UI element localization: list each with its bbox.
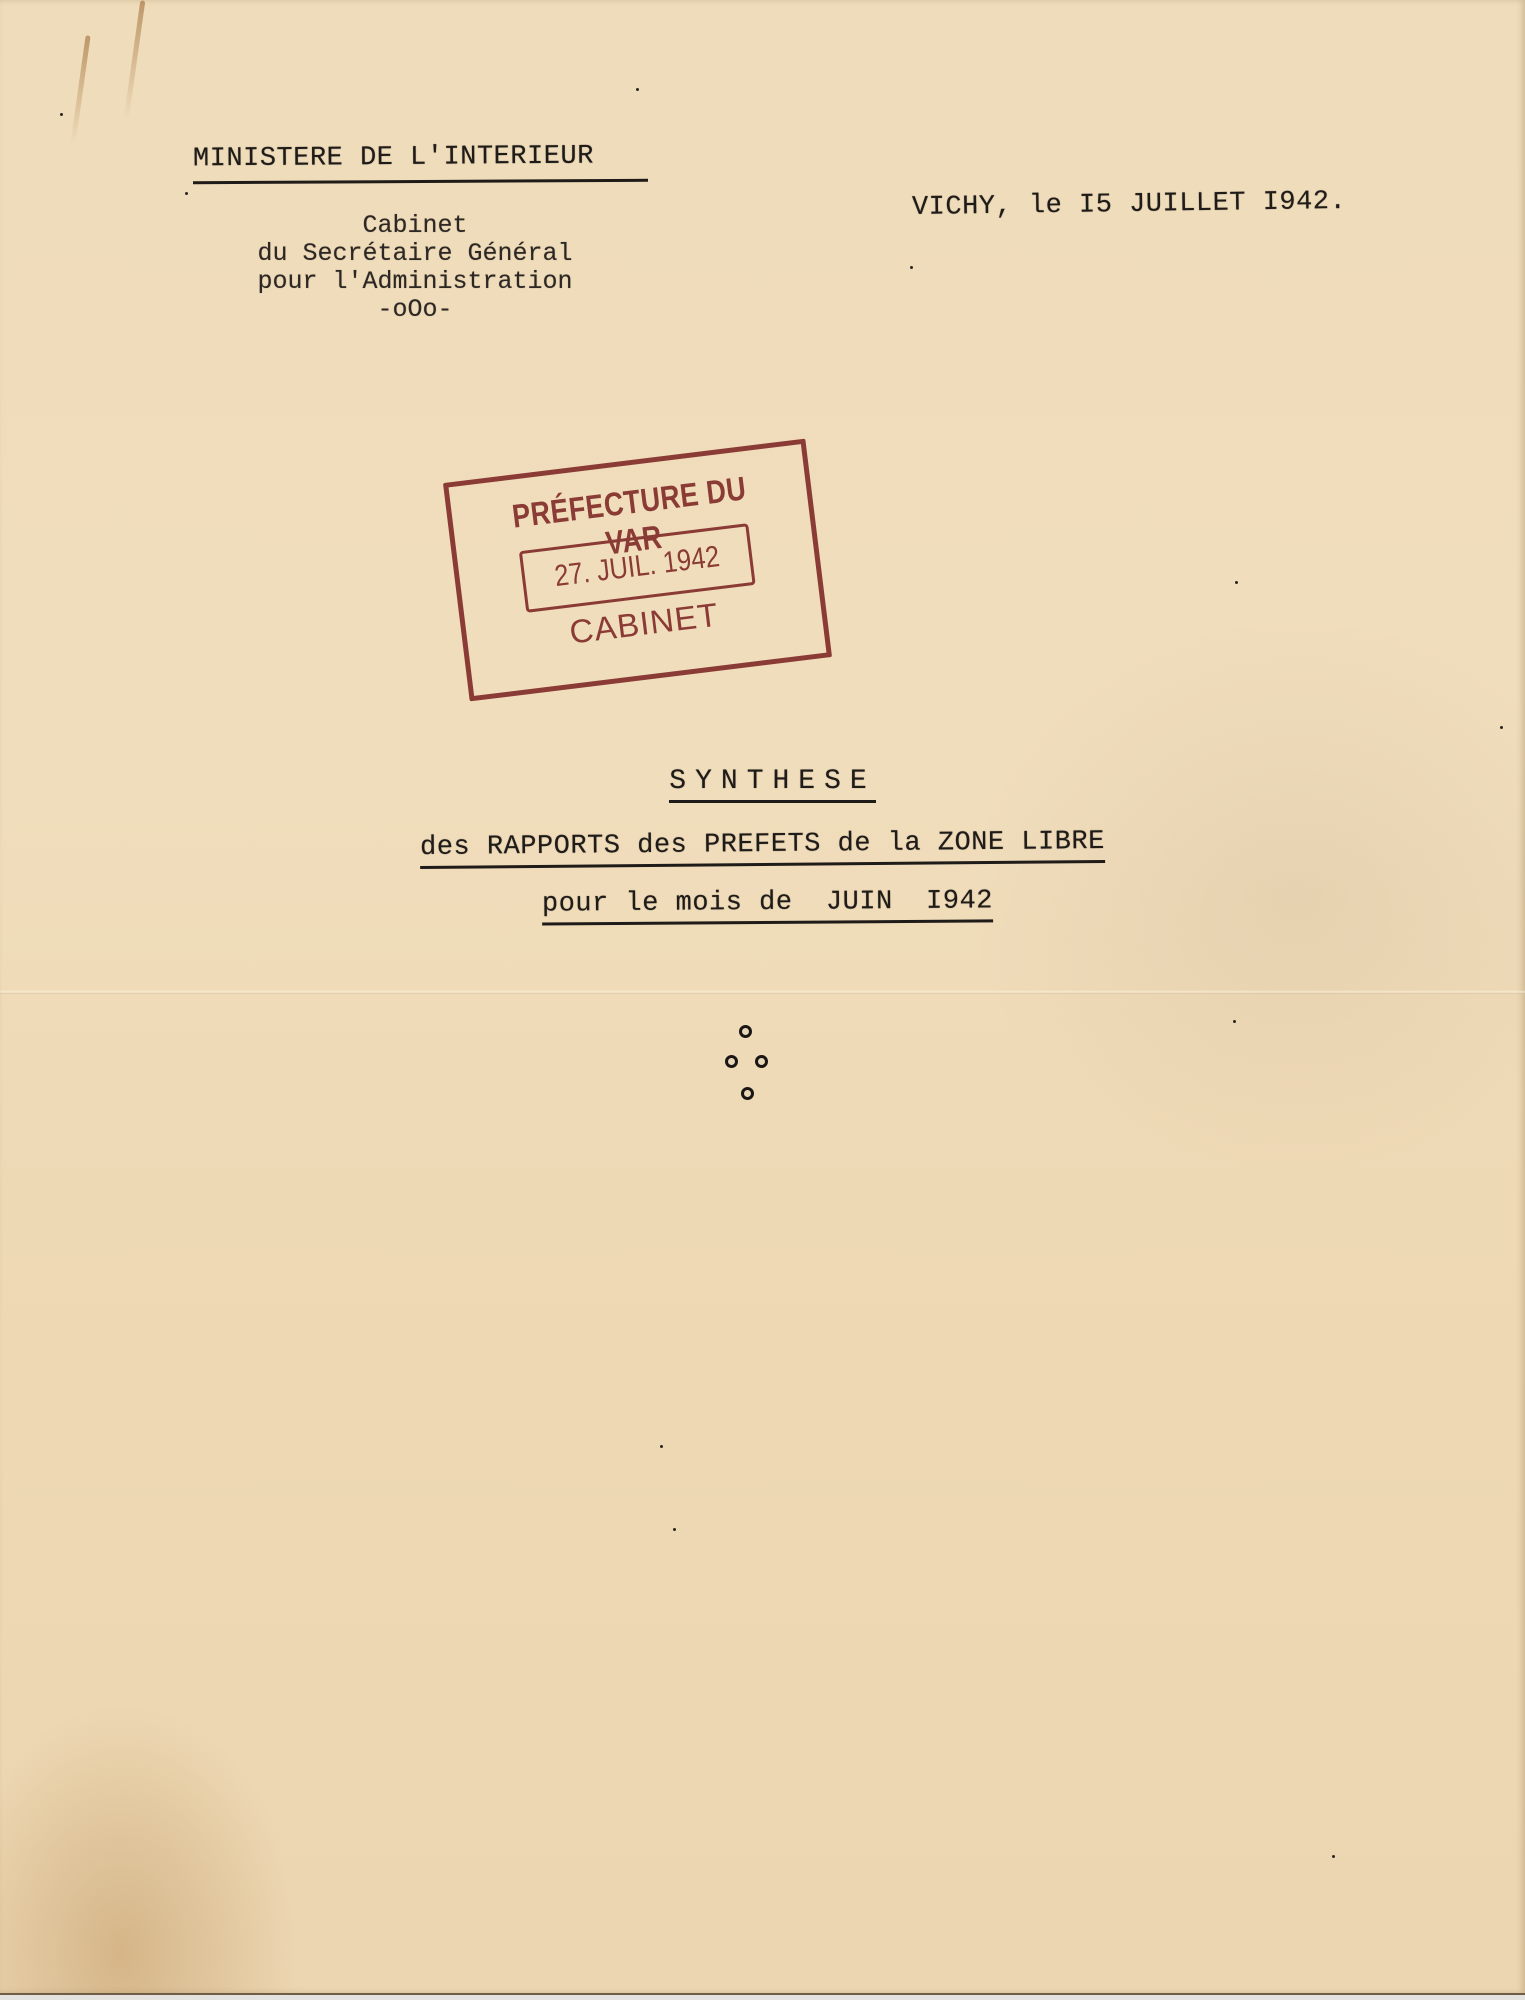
prefecture-stamp: PRÉFECTURE DU VAR 27. JUIL. 1942 CABINET <box>443 439 832 702</box>
paper-speck <box>1500 726 1503 729</box>
title-period: pour le mois de JUIN I942 <box>542 886 993 925</box>
stamp-date: 27. JUIL. 1942 <box>540 538 734 595</box>
circle-icon <box>739 1025 752 1038</box>
paper-speck <box>673 1528 676 1531</box>
title-main: SYNTHESE <box>669 766 875 803</box>
paper-fold-line <box>0 990 1525 994</box>
paper-speck <box>636 88 639 91</box>
paper-speck <box>660 1445 663 1448</box>
office-line: du Secrétaire Général <box>190 240 640 268</box>
paper-speck <box>185 192 188 195</box>
ink-stain <box>124 0 146 120</box>
paper-speck <box>60 113 63 116</box>
place-date: VICHY, le I5 JUILLET I942. <box>912 187 1347 223</box>
document-title: SYNTHESE <box>0 766 1525 803</box>
title-subtitle: des RAPPORTS des PREFETS de la ZONE LIBR… <box>420 827 1105 869</box>
office-line: pour l'Administration <box>190 268 640 296</box>
paper-speck <box>910 266 913 269</box>
paper-speck <box>1332 1855 1335 1858</box>
document-subtitle: des RAPPORTS des PREFETS de la ZONE LIBR… <box>0 823 1525 872</box>
document-period: pour le mois de JUIN I942 <box>0 883 1525 930</box>
paper-speck <box>1235 581 1238 584</box>
circle-icon <box>725 1055 738 1068</box>
circle-icon <box>755 1055 768 1068</box>
office-block: Cabinet du Secrétaire Général pour l'Adm… <box>190 212 640 324</box>
office-line: -oOo- <box>190 296 640 324</box>
ministry-heading: MINISTERE DE L'INTERIEUR <box>193 142 594 175</box>
dinkus-ornament-icon <box>725 1025 765 1105</box>
circle-icon <box>741 1087 754 1100</box>
document-page: MINISTERE DE L'INTERIEUR Cabinet du Secr… <box>0 0 1525 1995</box>
ink-stain <box>70 35 90 145</box>
paper-speck <box>1233 1020 1236 1023</box>
office-line: Cabinet <box>190 212 640 240</box>
ministry-underline <box>193 179 648 184</box>
